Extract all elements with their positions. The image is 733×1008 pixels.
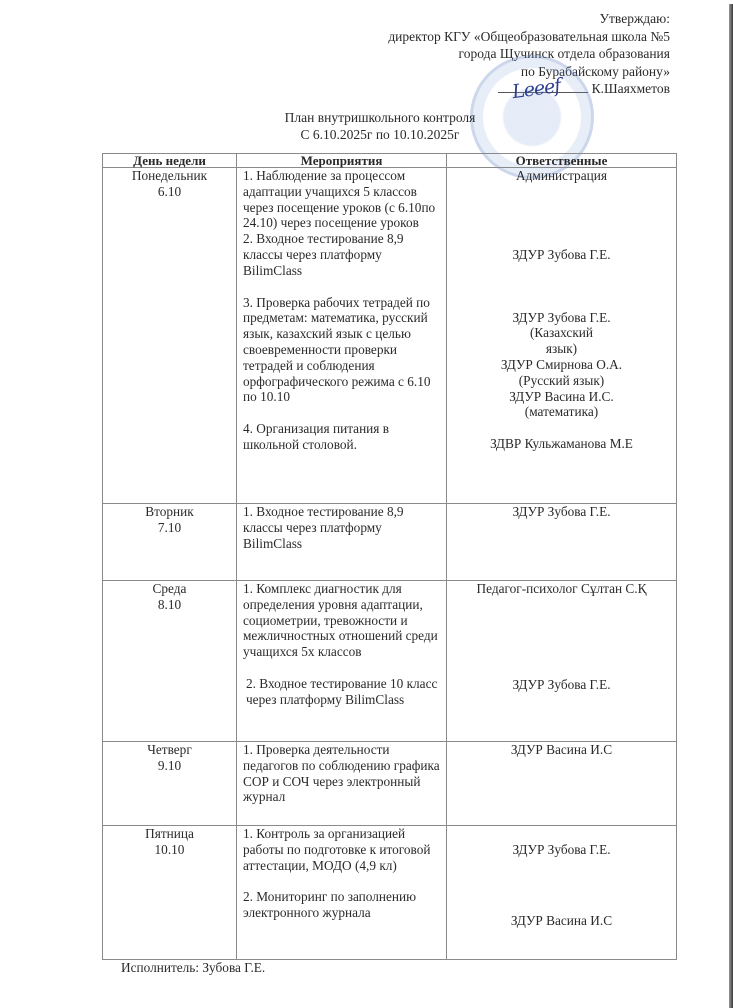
- responsible-cell: Педагог-психолог Сұлтан С.Қ ЗДУР Зубова …: [447, 581, 677, 742]
- approval-city-line: города Щучинск отдела образования: [388, 45, 670, 63]
- responsible-item: Администрация: [453, 168, 670, 184]
- event-item: 2. Входное тестирование 8,9 классы через…: [243, 231, 440, 278]
- event-item: 1. Контроль за организацией работы по по…: [243, 826, 440, 873]
- title-line-2: С 6.10.2025г по 10.10.2025г: [0, 126, 733, 143]
- day-cell: Среда 8.10: [103, 581, 237, 742]
- table-row: Четверг 9.10 1. Проверка деятельности пе…: [103, 742, 677, 826]
- scan-edge-shadow: [729, 4, 733, 1008]
- responsible-cell: ЗДУР Зубова Г.Е.: [447, 504, 677, 581]
- responsible-cell: ЗДУР Васина И.С: [447, 742, 677, 826]
- day-cell: Понедельник 6.10: [103, 168, 237, 504]
- event-item: 1. Комплекс диагностик для определения у…: [243, 581, 440, 660]
- responsible-item: ЗДУР Зубова Г.Е.: [453, 247, 670, 263]
- title-line-1: План внутришкольного контроля: [0, 109, 733, 126]
- responsible-item: ЗДУР Зубова Г.Е.: [453, 504, 670, 520]
- events-cell: 1. Комплекс диагностик для определения у…: [237, 581, 447, 742]
- event-item: 4. Организация питания в школьной столов…: [243, 421, 440, 453]
- responsible-item: ЗДУР Васина И.С: [453, 913, 670, 929]
- events-cell: 1. Входное тестирование 8,9 классы через…: [237, 504, 447, 581]
- events-cell: 1. Контроль за организацией работы по по…: [237, 826, 447, 960]
- header-day: День недели: [103, 154, 237, 168]
- table-row: Среда 8.10 1. Комплекс диагностик для оп…: [103, 581, 677, 742]
- header-events: Мероприятия: [237, 154, 447, 168]
- event-item: 1. Проверка деятельности педагогов по со…: [243, 742, 440, 805]
- responsible-item: ЗДУР Зубова Г.Е.: [453, 842, 670, 858]
- day-cell: Пятница 10.10: [103, 826, 237, 960]
- approval-district-line: по Бурабайскому району»: [388, 63, 670, 81]
- event-item: 1. Входное тестирование 8,9 классы через…: [243, 504, 440, 551]
- responsible-item: ЗДУР Зубова Г.Е.: [453, 677, 670, 693]
- responsible-item: Педагог-психолог Сұлтан С.Қ: [453, 581, 670, 597]
- responsible-item: ЗДУР Зубова Г.Е. (Казахский язык) ЗДУР С…: [453, 310, 670, 421]
- table-header-row: День недели Мероприятия Ответственные: [103, 154, 677, 168]
- responsible-item: ЗДУР Васина И.С: [453, 742, 670, 758]
- event-item: 3. Проверка рабочих тетрадей по предмета…: [243, 295, 440, 406]
- day-label: Четверг 9.10: [109, 742, 230, 774]
- signer-name: К.Шаяхметов: [592, 81, 670, 96]
- day-cell: Четверг 9.10: [103, 742, 237, 826]
- responsible-cell: ЗДУР Зубова Г.Е. ЗДУР Васина И.С: [447, 826, 677, 960]
- approval-heading: Утверждаю:: [388, 10, 670, 28]
- executor-note: Исполнитель: Зубова Г.Е.: [121, 960, 265, 976]
- event-item: 2. Входное тестирование 10 класс через п…: [243, 676, 440, 708]
- event-item: 2. Мониторинг по заполнению электронного…: [243, 889, 440, 921]
- day-label: Понедельник 6.10: [109, 168, 230, 200]
- table-row: Понедельник 6.10 1. Наблюдение за процес…: [103, 168, 677, 504]
- responsible-cell: Администрация ЗДУР Зубова Г.Е. ЗДУР Зубо…: [447, 168, 677, 504]
- events-cell: 1. Проверка деятельности педагогов по со…: [237, 742, 447, 826]
- events-cell: 1. Наблюдение за процессом адаптации уча…: [237, 168, 447, 504]
- day-label: Пятница 10.10: [109, 826, 230, 858]
- day-cell: Вторник 7.10: [103, 504, 237, 581]
- table-row: Вторник 7.10 1. Входное тестирование 8,9…: [103, 504, 677, 581]
- day-label: Среда 8.10: [109, 581, 230, 613]
- day-label: Вторник 7.10: [109, 504, 230, 536]
- responsible-item: ЗДВР Кульжаманова М.Е: [453, 436, 670, 452]
- table-row: Пятница 10.10 1. Контроль за организацие…: [103, 826, 677, 960]
- event-item: 1. Наблюдение за процессом адаптации уча…: [243, 168, 440, 231]
- approval-director-line: директор КГУ «Общеобразовательная школа …: [388, 28, 670, 46]
- header-responsible: Ответственные: [447, 154, 677, 168]
- control-plan-table: День недели Мероприятия Ответственные По…: [102, 153, 677, 960]
- document-title: План внутришкольного контроля С 6.10.202…: [0, 109, 733, 143]
